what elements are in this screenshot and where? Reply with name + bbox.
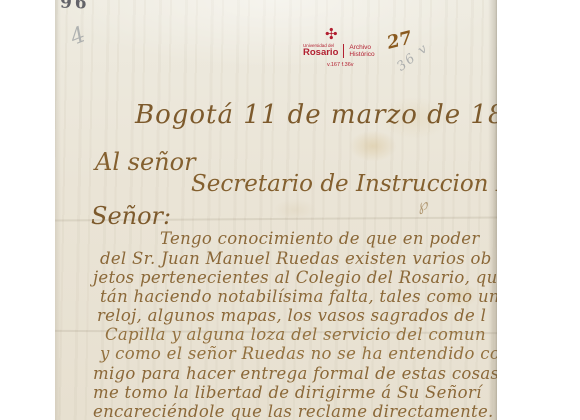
letter-line: jetos pertenecientes al Colegio del Rosa… <box>93 268 497 287</box>
addressee-line-2: Secretario de Instruccion Pública <box>191 171 497 197</box>
letter-line: del Sr. Juan Manuel Ruedas existen vario… <box>100 249 492 268</box>
pencil-mark: 4 <box>67 22 89 50</box>
logo-divider <box>343 44 344 58</box>
letter-line: me tomo la libertad de dirigirme á Su Se… <box>93 383 482 402</box>
institution-name-bold: Rosario <box>303 48 338 58</box>
scanned-letter-page: 96 4 ✣ Universidad del Rosario Archivo H… <box>55 0 497 420</box>
archive-unit-line1: Archivo <box>349 44 374 51</box>
rubric-flourish: ℘ <box>414 195 430 215</box>
letter-line: y como el señor Ruedas no se ha entendid… <box>100 344 497 363</box>
letter-line: Capilla y alguna loza del servicio del c… <box>105 325 486 344</box>
archive-unit-name: Archivo Histórico <box>349 44 374 58</box>
salutation: Señor: <box>91 202 171 230</box>
letter-line: migo para hacer entrega formal de estas … <box>93 364 497 383</box>
dateline: Bogotá 11 de marzo de 1886 <box>135 100 497 130</box>
letter-line: Tengo conocimiento de que en poder <box>160 229 480 248</box>
rosario-crest-icon: ✣ <box>325 27 435 42</box>
page-number-stamp: 96 <box>60 0 90 14</box>
institution-name: Universidad del Rosario <box>303 43 338 58</box>
letter-line: reloj, algunos mapas, los vasos sagrados… <box>97 306 486 325</box>
addressee-line-1: Al señor <box>95 148 196 176</box>
archive-unit-line2: Histórico <box>349 51 374 58</box>
letter-line: tán haciendo notabilísima falta, tales c… <box>100 287 497 306</box>
archive-reference-number: v.167 f.36v <box>327 62 435 68</box>
letter-line: encareciéndole que las reclame directame… <box>93 402 494 420</box>
